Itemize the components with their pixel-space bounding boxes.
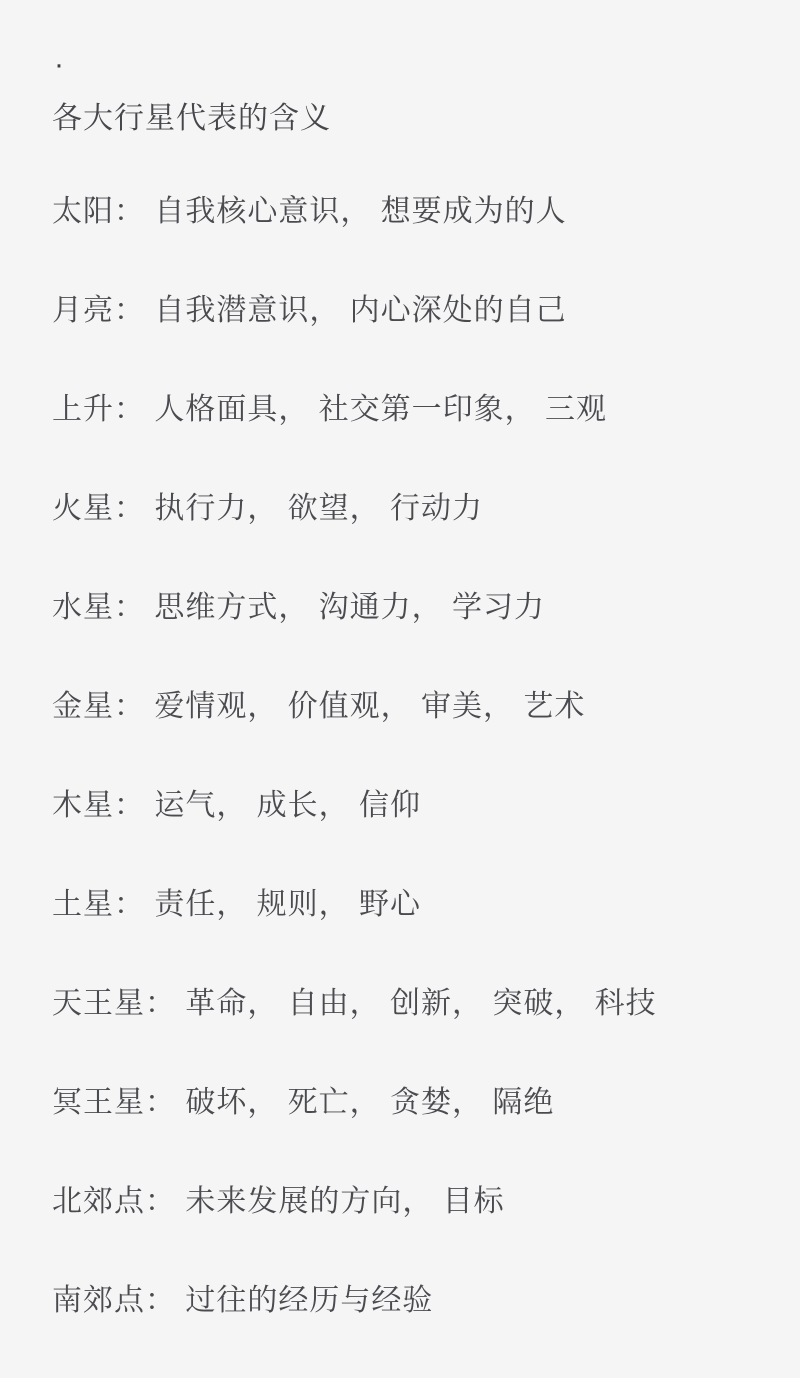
planet-meanings-list: 太阳： 自我核心意识， 想要成为的人 月亮： 自我潜意识， 内心深处的自己 上升… bbox=[52, 190, 770, 1323]
entry-term: 南郊点 bbox=[52, 1284, 145, 1317]
entry-term: 天王星 bbox=[52, 987, 145, 1020]
entry-desc: 爱情观， 价值观， 审美， 艺术 bbox=[154, 690, 585, 723]
entry-desc: 自我核心意识， 想要成为的人 bbox=[154, 195, 566, 228]
leading-dot: · bbox=[52, 0, 770, 80]
entry-term: 水星 bbox=[52, 591, 114, 624]
entry-term: 火星 bbox=[52, 492, 114, 525]
entry-colon: ： bbox=[145, 1185, 185, 1218]
entry-desc: 运气， 成长， 信仰 bbox=[154, 789, 421, 822]
entry-row-north-node: 北郊点： 未来发展的方向， 目标 bbox=[52, 1180, 770, 1224]
entry-desc: 未来发展的方向， 目标 bbox=[185, 1185, 504, 1218]
entry-row-pluto: 冥王星： 破坏， 死亡， 贪婪， 隔绝 bbox=[52, 1081, 770, 1125]
entry-term: 北郊点 bbox=[52, 1185, 145, 1218]
entry-desc: 革命， 自由， 创新， 突破， 科技 bbox=[185, 987, 656, 1020]
page-title: 各大行星代表的含义 bbox=[52, 97, 770, 141]
entry-colon: ： bbox=[114, 393, 154, 426]
entry-term: 冥王星 bbox=[52, 1086, 145, 1119]
entry-row-sun: 太阳： 自我核心意识， 想要成为的人 bbox=[52, 190, 770, 234]
entry-row-venus: 金星： 爱情观， 价值观， 审美， 艺术 bbox=[52, 685, 770, 729]
entry-term: 月亮 bbox=[52, 294, 114, 327]
entry-colon: ： bbox=[145, 987, 185, 1020]
note-document: · 各大行星代表的含义 太阳： 自我核心意识， 想要成为的人 月亮： 自我潜意识… bbox=[0, 0, 800, 1323]
entry-desc: 执行力， 欲望， 行动力 bbox=[154, 492, 483, 525]
entry-desc: 自我潜意识， 内心深处的自己 bbox=[154, 294, 566, 327]
entry-row-jupiter: 木星： 运气， 成长， 信仰 bbox=[52, 784, 770, 828]
entry-row-saturn: 土星： 责任， 规则， 野心 bbox=[52, 883, 770, 927]
entry-colon: ： bbox=[114, 195, 154, 228]
entry-row-ascendant: 上升： 人格面具， 社交第一印象， 三观 bbox=[52, 388, 770, 432]
entry-colon: ： bbox=[114, 690, 154, 723]
entry-row-mars: 火星： 执行力， 欲望， 行动力 bbox=[52, 487, 770, 531]
entry-desc: 思维方式， 沟通力， 学习力 bbox=[154, 591, 545, 624]
entry-term: 上升 bbox=[52, 393, 114, 426]
entry-colon: ： bbox=[114, 294, 154, 327]
entry-row-moon: 月亮： 自我潜意识， 内心深处的自己 bbox=[52, 289, 770, 333]
entry-desc: 过往的经历与经验 bbox=[185, 1284, 433, 1317]
entry-colon: ： bbox=[114, 492, 154, 525]
entry-term: 土星 bbox=[52, 888, 114, 921]
entry-colon: ： bbox=[145, 1284, 185, 1317]
entry-term: 太阳 bbox=[52, 195, 114, 228]
entry-colon: ： bbox=[145, 1086, 185, 1119]
entry-row-uranus: 天王星： 革命， 自由， 创新， 突破， 科技 bbox=[52, 982, 770, 1026]
entry-row-south-node: 南郊点： 过往的经历与经验 bbox=[52, 1279, 770, 1323]
entry-colon: ： bbox=[114, 591, 154, 624]
entry-desc: 责任， 规则， 野心 bbox=[154, 888, 421, 921]
entry-colon: ： bbox=[114, 888, 154, 921]
entry-desc: 人格面具， 社交第一印象， 三观 bbox=[154, 393, 607, 426]
entry-term: 木星 bbox=[52, 789, 114, 822]
entry-term: 金星 bbox=[52, 690, 114, 723]
entry-colon: ： bbox=[114, 789, 154, 822]
entry-row-mercury: 水星： 思维方式， 沟通力， 学习力 bbox=[52, 586, 770, 630]
entry-desc: 破坏， 死亡， 贪婪， 隔绝 bbox=[185, 1086, 554, 1119]
dot-glyph: · bbox=[54, 48, 64, 81]
